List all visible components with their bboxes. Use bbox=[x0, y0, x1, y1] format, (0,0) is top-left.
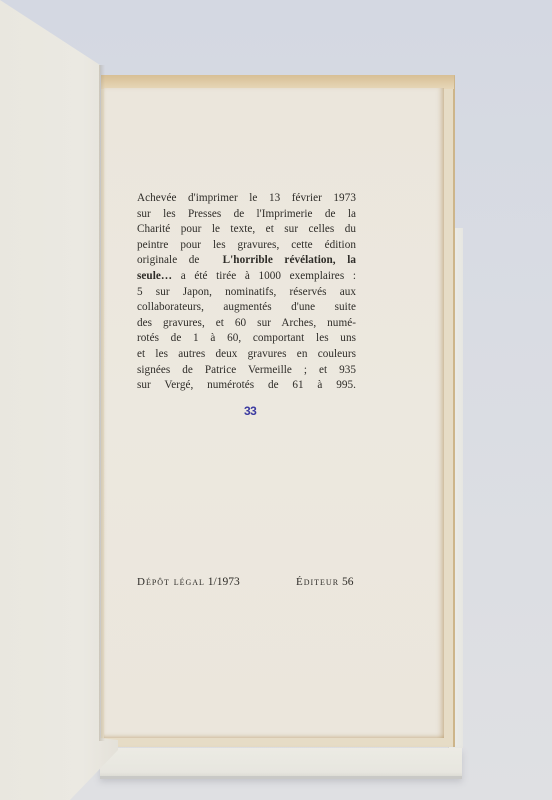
colophon-fragment: a été tirée à 1000 exemplaires : bbox=[181, 270, 356, 282]
editeur-value: 56 bbox=[342, 576, 354, 588]
colophon-line: et les autres deux gravures en couleurs bbox=[137, 347, 356, 363]
colophon-page bbox=[104, 88, 444, 738]
colophon-line: 5 sur Japon, nominatifs, réservés aux bbox=[137, 285, 356, 301]
editeur: Éditeur 56 bbox=[296, 576, 353, 588]
depot-label: Dépôt légal bbox=[137, 576, 205, 588]
colophon-line: collaborateurs, augmentés d'une suite bbox=[137, 300, 356, 316]
colophon-line-title: originale de L'horrible révélation, la bbox=[137, 253, 356, 269]
colophon-line: signées de Patrice Vermeille ; et 935 bbox=[137, 363, 356, 379]
editeur-label: Éditeur bbox=[296, 576, 339, 588]
colophon-line: sur les Presses de l'Imprimerie de la bbox=[137, 207, 356, 223]
bottom-board-edge bbox=[100, 776, 462, 779]
colophon-line: Charité pour le texte, et sur celles du bbox=[137, 222, 356, 238]
bottom-board bbox=[100, 748, 462, 778]
book-photo: Achevée d'imprimer le 13 février 1973 su… bbox=[0, 0, 552, 800]
colophon-line: peintre pour les gravures, cette édition bbox=[137, 238, 356, 254]
depot-legal: Dépôt légal 1/1973 bbox=[137, 576, 240, 588]
colophon-line-title-cont: seule… a été tirée à 1000 exemplaires : bbox=[137, 269, 356, 285]
colophon-line: des gravures, et 60 sur Arches, numé- bbox=[137, 316, 356, 332]
colophon-fragment: originale de bbox=[137, 254, 199, 266]
copy-number-stamp: 33 bbox=[244, 404, 256, 418]
page-stack-top-edge bbox=[101, 75, 454, 89]
cover-shadow bbox=[99, 65, 105, 741]
colophon-line: rotés de 1 à 60, comportant les uns bbox=[137, 331, 356, 347]
book-title-cont: seule… bbox=[137, 270, 172, 282]
colophon-line: Achevée d'imprimer le 13 février 1973 bbox=[137, 191, 356, 207]
depot-value: 1/1973 bbox=[208, 576, 240, 588]
colophon-text: Achevée d'imprimer le 13 février 1973 su… bbox=[137, 191, 356, 394]
colophon-line: sur Vergé, numérotés de 61 à 995. bbox=[137, 378, 356, 394]
book-title: L'horrible révélation, la bbox=[223, 254, 356, 266]
